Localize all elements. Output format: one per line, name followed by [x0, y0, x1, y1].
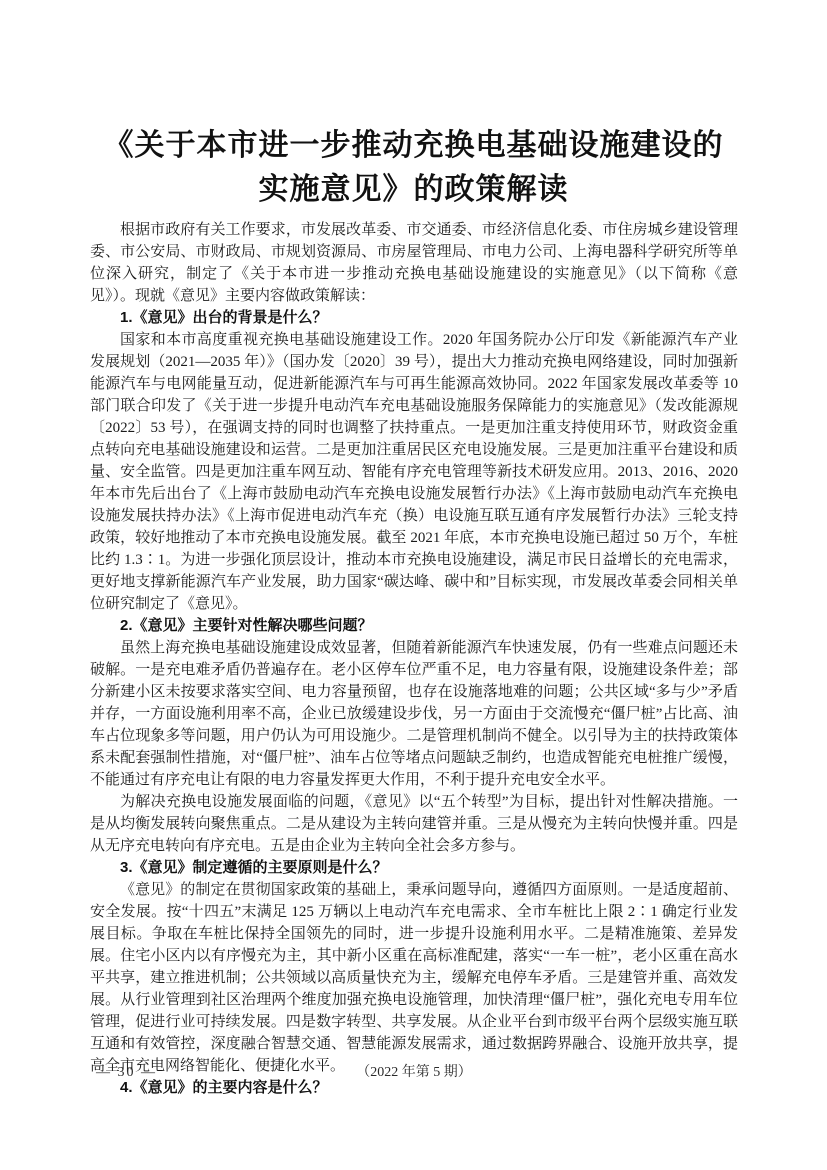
principles-paragraph: 《意见》的制定在贯彻国家政策的基础上，秉承问题导向，遵循四方面原则。一是适度超前…: [90, 879, 738, 1077]
title-line-2: 实施意见》的政策解读: [60, 168, 767, 212]
question-2-heading: 2.《意见》主要针对性解决哪些问题？: [90, 615, 738, 637]
title-line-1: 《关于本市进一步推动充换电基础设施建设的: [60, 124, 767, 168]
document-body: 根据市政府有关工作要求，市发展改革委、市交通委、市经济信息化委、市住房城乡建设管…: [90, 219, 738, 1099]
question-1-heading: 1.《意见》出台的背景是什么？: [90, 307, 738, 329]
intro-paragraph: 根据市政府有关工作要求，市发展改革委、市交通委、市经济信息化委、市住房城乡建设管…: [90, 219, 738, 307]
question-3-heading: 3.《意见》制定遵循的主要原则是什么？: [90, 857, 738, 879]
document-page: 《关于本市进一步推动充换电基础设施建设的 实施意见》的政策解读 根据市政府有关工…: [0, 0, 827, 1170]
five-transformations-paragraph: 为解决充换电设施发展面临的问题，《意见》以“五个转型”为目标，提出针对性解决措施…: [90, 791, 738, 857]
background-paragraph: 国家和本市高度重视充换电基础设施建设工作。2020 年国务院办公厅印发《新能源汽…: [90, 329, 738, 615]
page-footer: — 30 — （2022 年第 5 期）: [90, 1062, 738, 1084]
page-number: — 30 —: [96, 1062, 157, 1084]
problems-paragraph: 虽然上海充换电基础设施建设成效显著，但随着新能源汽车快速发展，仍有一些难点问题还…: [90, 637, 738, 791]
issue-label: （2022 年第 5 期）: [90, 1062, 738, 1084]
document-title: 《关于本市进一步推动充换电基础设施建设的 实施意见》的政策解读: [60, 124, 767, 212]
